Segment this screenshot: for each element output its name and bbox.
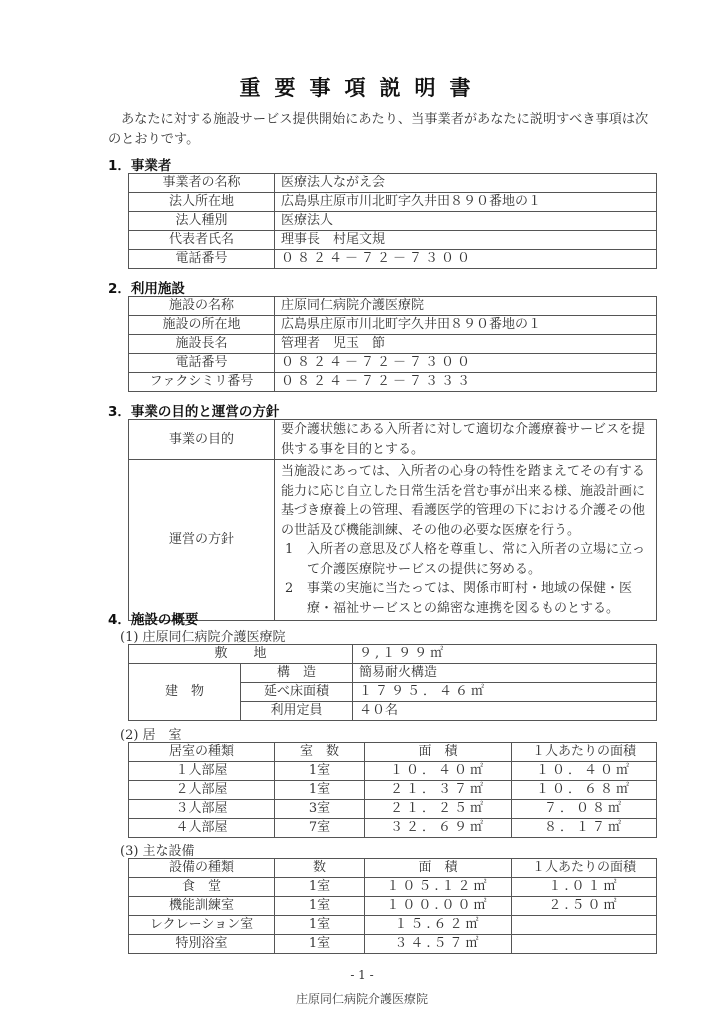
equipment-type: レクレーション室: [129, 916, 275, 935]
equipment-area: １５.６２㎡: [365, 916, 512, 935]
table-row: 事業の目的 要介護状態にある入所者に対して適切な介護療養サービスを提供する事を目…: [129, 420, 657, 460]
table-row: 電話番号０８２４－７２－７３００: [129, 354, 657, 373]
room-type: ３人部屋: [129, 800, 275, 819]
column-header: 面 積: [365, 859, 512, 878]
room-type: ２人部屋: [129, 781, 275, 800]
label-cell: 構 造: [241, 664, 353, 683]
section-4-heading: 4．施設の概要: [108, 608, 198, 628]
label-cell: 敷 地: [129, 645, 353, 664]
value-cell: 医療法人: [275, 212, 657, 231]
label-cell: 事業の目的: [129, 420, 275, 460]
table-row: ３人部屋 3室 ２１．２５㎡ ７．０８㎡: [129, 800, 657, 819]
equipment-type: 特別浴室: [129, 935, 275, 954]
area-per-person: ７．０８㎡: [512, 800, 657, 819]
table-row: 機能訓練室 1室 １００.００㎡ ２.５０㎡: [129, 897, 657, 916]
value-cell: ０８２４－７２－７３００: [275, 354, 657, 373]
table-row: ４人部屋 7室 ３２．６９㎡ ８．１７㎡: [129, 819, 657, 838]
area-per-person: １０．４０㎡: [512, 762, 657, 781]
value-cell: ９,１９９㎡: [353, 645, 657, 664]
table-row: 法人種別医療法人: [129, 212, 657, 231]
equipment-area: １０５.１２㎡: [365, 878, 512, 897]
value-cell: 庄原同仁病院介護医療院: [275, 297, 657, 316]
rooms-subheading: (2) 居 室: [120, 724, 182, 743]
label-cell: 施設の所在地: [129, 316, 275, 335]
label-cell: 運営の方針: [129, 460, 275, 621]
intro-line-2: のとおりです。: [108, 130, 664, 150]
value-cell: ０８２４－７２－７３３３: [275, 373, 657, 392]
label-cell: ファクシミリ番号: [129, 373, 275, 392]
column-header: 室 数: [275, 743, 365, 762]
room-count: 3室: [275, 800, 365, 819]
value-cell: ０８２４－７２－７３００: [275, 250, 657, 269]
table-row: 建 物 構 造 簡易耐火構造: [129, 664, 657, 683]
label-cell: 延べ床面積: [241, 683, 353, 702]
label-cell: 代表者氏名: [129, 231, 275, 250]
table-row: 施設の所在地広島県庄原市川北町字久井田８９０番地の１: [129, 316, 657, 335]
intro-line-1: あなたに対する施設サービス提供開始にあたり、当事業者があなたに説明すべき事項は次: [108, 110, 664, 130]
intro-paragraph: あなたに対する施設サービス提供開始にあたり、当事業者があなたに説明すべき事項は次…: [108, 110, 664, 150]
policy-cell: 当施設にあっては、入所者の心身の特性を踏まえてその有する能力に応じ自立した日常生…: [275, 460, 657, 621]
equipment-type: 食 堂: [129, 878, 275, 897]
label-cell: 法人種別: [129, 212, 275, 231]
room-count: 7室: [275, 819, 365, 838]
value-cell: １７９５．４６㎡: [353, 683, 657, 702]
table-header-row: 設備の種類 数 面 積 １人あたりの面積: [129, 859, 657, 878]
policy-item-number: 2: [281, 579, 307, 618]
table-row: ファクシミリ番号０８２４－７２－７３３３: [129, 373, 657, 392]
table-row: 敷 地 ９,１９９㎡: [129, 645, 657, 664]
label-cell: 事業者の名称: [129, 174, 275, 193]
policy-item-text: 事業の実施に当たっては、関係市町村・地域の保健・医療・福祉サービスとの綿密な連携…: [307, 579, 650, 618]
equipment-count: 1室: [275, 878, 365, 897]
table-row: 食 堂 1室 １０５.１２㎡ １.０１㎡: [129, 878, 657, 897]
equipment-count: 1室: [275, 897, 365, 916]
table-row: 運営の方針 当施設にあっては、入所者の心身の特性を踏まえてその有する能力に応じ自…: [129, 460, 657, 621]
label-cell: 法人所在地: [129, 193, 275, 212]
area-per-person: ８．１７㎡: [512, 819, 657, 838]
value-cell: 広島県庄原市川北町字久井田８９０番地の１: [275, 316, 657, 335]
section-3-heading: 3．事業の目的と運営の方針: [108, 400, 279, 420]
column-header: 面 積: [365, 743, 512, 762]
policy-item: 1 入所者の意思及び人格を尊重し、常に入所者の立場に立って介護医療院サービスの提…: [281, 540, 650, 579]
table-row: 施設長名管理者 児玉 節: [129, 335, 657, 354]
purpose-policy-table: 事業の目的 要介護状態にある入所者に対して適切な介護療養サービスを提供する事を目…: [128, 419, 657, 621]
policy-text: 当施設にあっては、入所者の心身の特性を踏まえてその有する能力に応じ自立した日常生…: [281, 462, 650, 540]
room-area: ３２．６９㎡: [365, 819, 512, 838]
table-row: 法人所在地広島県庄原市川北町字久井田８９０番地の１: [129, 193, 657, 212]
section-1-heading: 1．事業者: [108, 154, 171, 174]
document-title: 重要事項説明書: [0, 72, 724, 102]
policy-item: 2 事業の実施に当たっては、関係市町村・地域の保健・医療・福祉サービスとの綿密な…: [281, 579, 650, 618]
area-per-person: ２.５０㎡: [512, 897, 657, 916]
rooms-table: 居室の種類 室 数 面 積 １人あたりの面積 １人部屋 1室 １０．４０㎡ １０…: [128, 742, 657, 838]
room-type: １人部屋: [129, 762, 275, 781]
table-row: 特別浴室 1室 ３４.５７㎡: [129, 935, 657, 954]
table-row: 事業者の名称医療法人ながえ会: [129, 174, 657, 193]
policy-item-number: 1: [281, 540, 307, 579]
room-area: ２１．３７㎡: [365, 781, 512, 800]
column-header: 設備の種類: [129, 859, 275, 878]
room-count: 1室: [275, 781, 365, 800]
room-area: ２１．２５㎡: [365, 800, 512, 819]
label-cell: 利用定員: [241, 702, 353, 721]
equipment-area: １００.００㎡: [365, 897, 512, 916]
page-number: - 1 -: [0, 968, 724, 982]
value-cell: 理事長 村尾文規: [275, 231, 657, 250]
area-per-person: [512, 935, 657, 954]
value-cell: 医療法人ながえ会: [275, 174, 657, 193]
equipment-area: ３４.５７㎡: [365, 935, 512, 954]
label-cell: 建 物: [129, 664, 241, 721]
label-cell: 施設長名: [129, 335, 275, 354]
value-cell: 管理者 児玉 節: [275, 335, 657, 354]
table-row: ２人部屋 1室 ２１．３７㎡ １０．６８㎡: [129, 781, 657, 800]
facility-overview-table: 敷 地 ９,１９９㎡ 建 物 構 造 簡易耐火構造 延べ床面積 １７９５．４６㎡…: [128, 644, 657, 721]
table-header-row: 居室の種類 室 数 面 積 １人あたりの面積: [129, 743, 657, 762]
room-type: ４人部屋: [129, 819, 275, 838]
table-row: １人部屋 1室 １０．４０㎡ １０．４０㎡: [129, 762, 657, 781]
column-header: 居室の種類: [129, 743, 275, 762]
column-header: 数: [275, 859, 365, 878]
footer-facility-name: 庄原同仁病院介護医療院: [0, 990, 724, 1007]
area-per-person: １.０１㎡: [512, 878, 657, 897]
column-header: １人あたりの面積: [512, 859, 657, 878]
section-2-heading: 2．利用施設: [108, 277, 185, 297]
equipment-count: 1室: [275, 935, 365, 954]
area-per-person: [512, 916, 657, 935]
facility-subheading: (1) 庄原同仁病院介護医療院: [120, 626, 286, 645]
label-cell: 施設の名称: [129, 297, 275, 316]
table-row: 電話番号０８２４－７２－７３００: [129, 250, 657, 269]
table-row: レクレーション室 1室 １５.６２㎡: [129, 916, 657, 935]
area-per-person: １０．６８㎡: [512, 781, 657, 800]
policy-item-text: 入所者の意思及び人格を尊重し、常に入所者の立場に立って介護医療院サービスの提供に…: [307, 540, 650, 579]
purpose-text: 要介護状態にある入所者に対して適切な介護療養サービスを提供する事を目的とする。: [275, 420, 657, 460]
value-cell: 簡易耐火構造: [353, 664, 657, 683]
label-cell: 電話番号: [129, 250, 275, 269]
table-row: 代表者氏名理事長 村尾文規: [129, 231, 657, 250]
equipment-table: 設備の種類 数 面 積 １人あたりの面積 食 堂 1室 １０５.１２㎡ １.０１…: [128, 858, 657, 954]
room-area: １０．４０㎡: [365, 762, 512, 781]
column-header: １人あたりの面積: [512, 743, 657, 762]
facility-info-table: 施設の名称庄原同仁病院介護医療院 施設の所在地広島県庄原市川北町字久井田８９０番…: [128, 296, 657, 392]
equipment-count: 1室: [275, 916, 365, 935]
equipment-subheading: (3) 主な設備: [120, 840, 195, 859]
business-operator-table: 事業者の名称医療法人ながえ会 法人所在地広島県庄原市川北町字久井田８９０番地の１…: [128, 173, 657, 269]
equipment-type: 機能訓練室: [129, 897, 275, 916]
value-cell: 広島県庄原市川北町字久井田８９０番地の１: [275, 193, 657, 212]
room-count: 1室: [275, 762, 365, 781]
value-cell: ４０名: [353, 702, 657, 721]
label-cell: 電話番号: [129, 354, 275, 373]
table-row: 施設の名称庄原同仁病院介護医療院: [129, 297, 657, 316]
